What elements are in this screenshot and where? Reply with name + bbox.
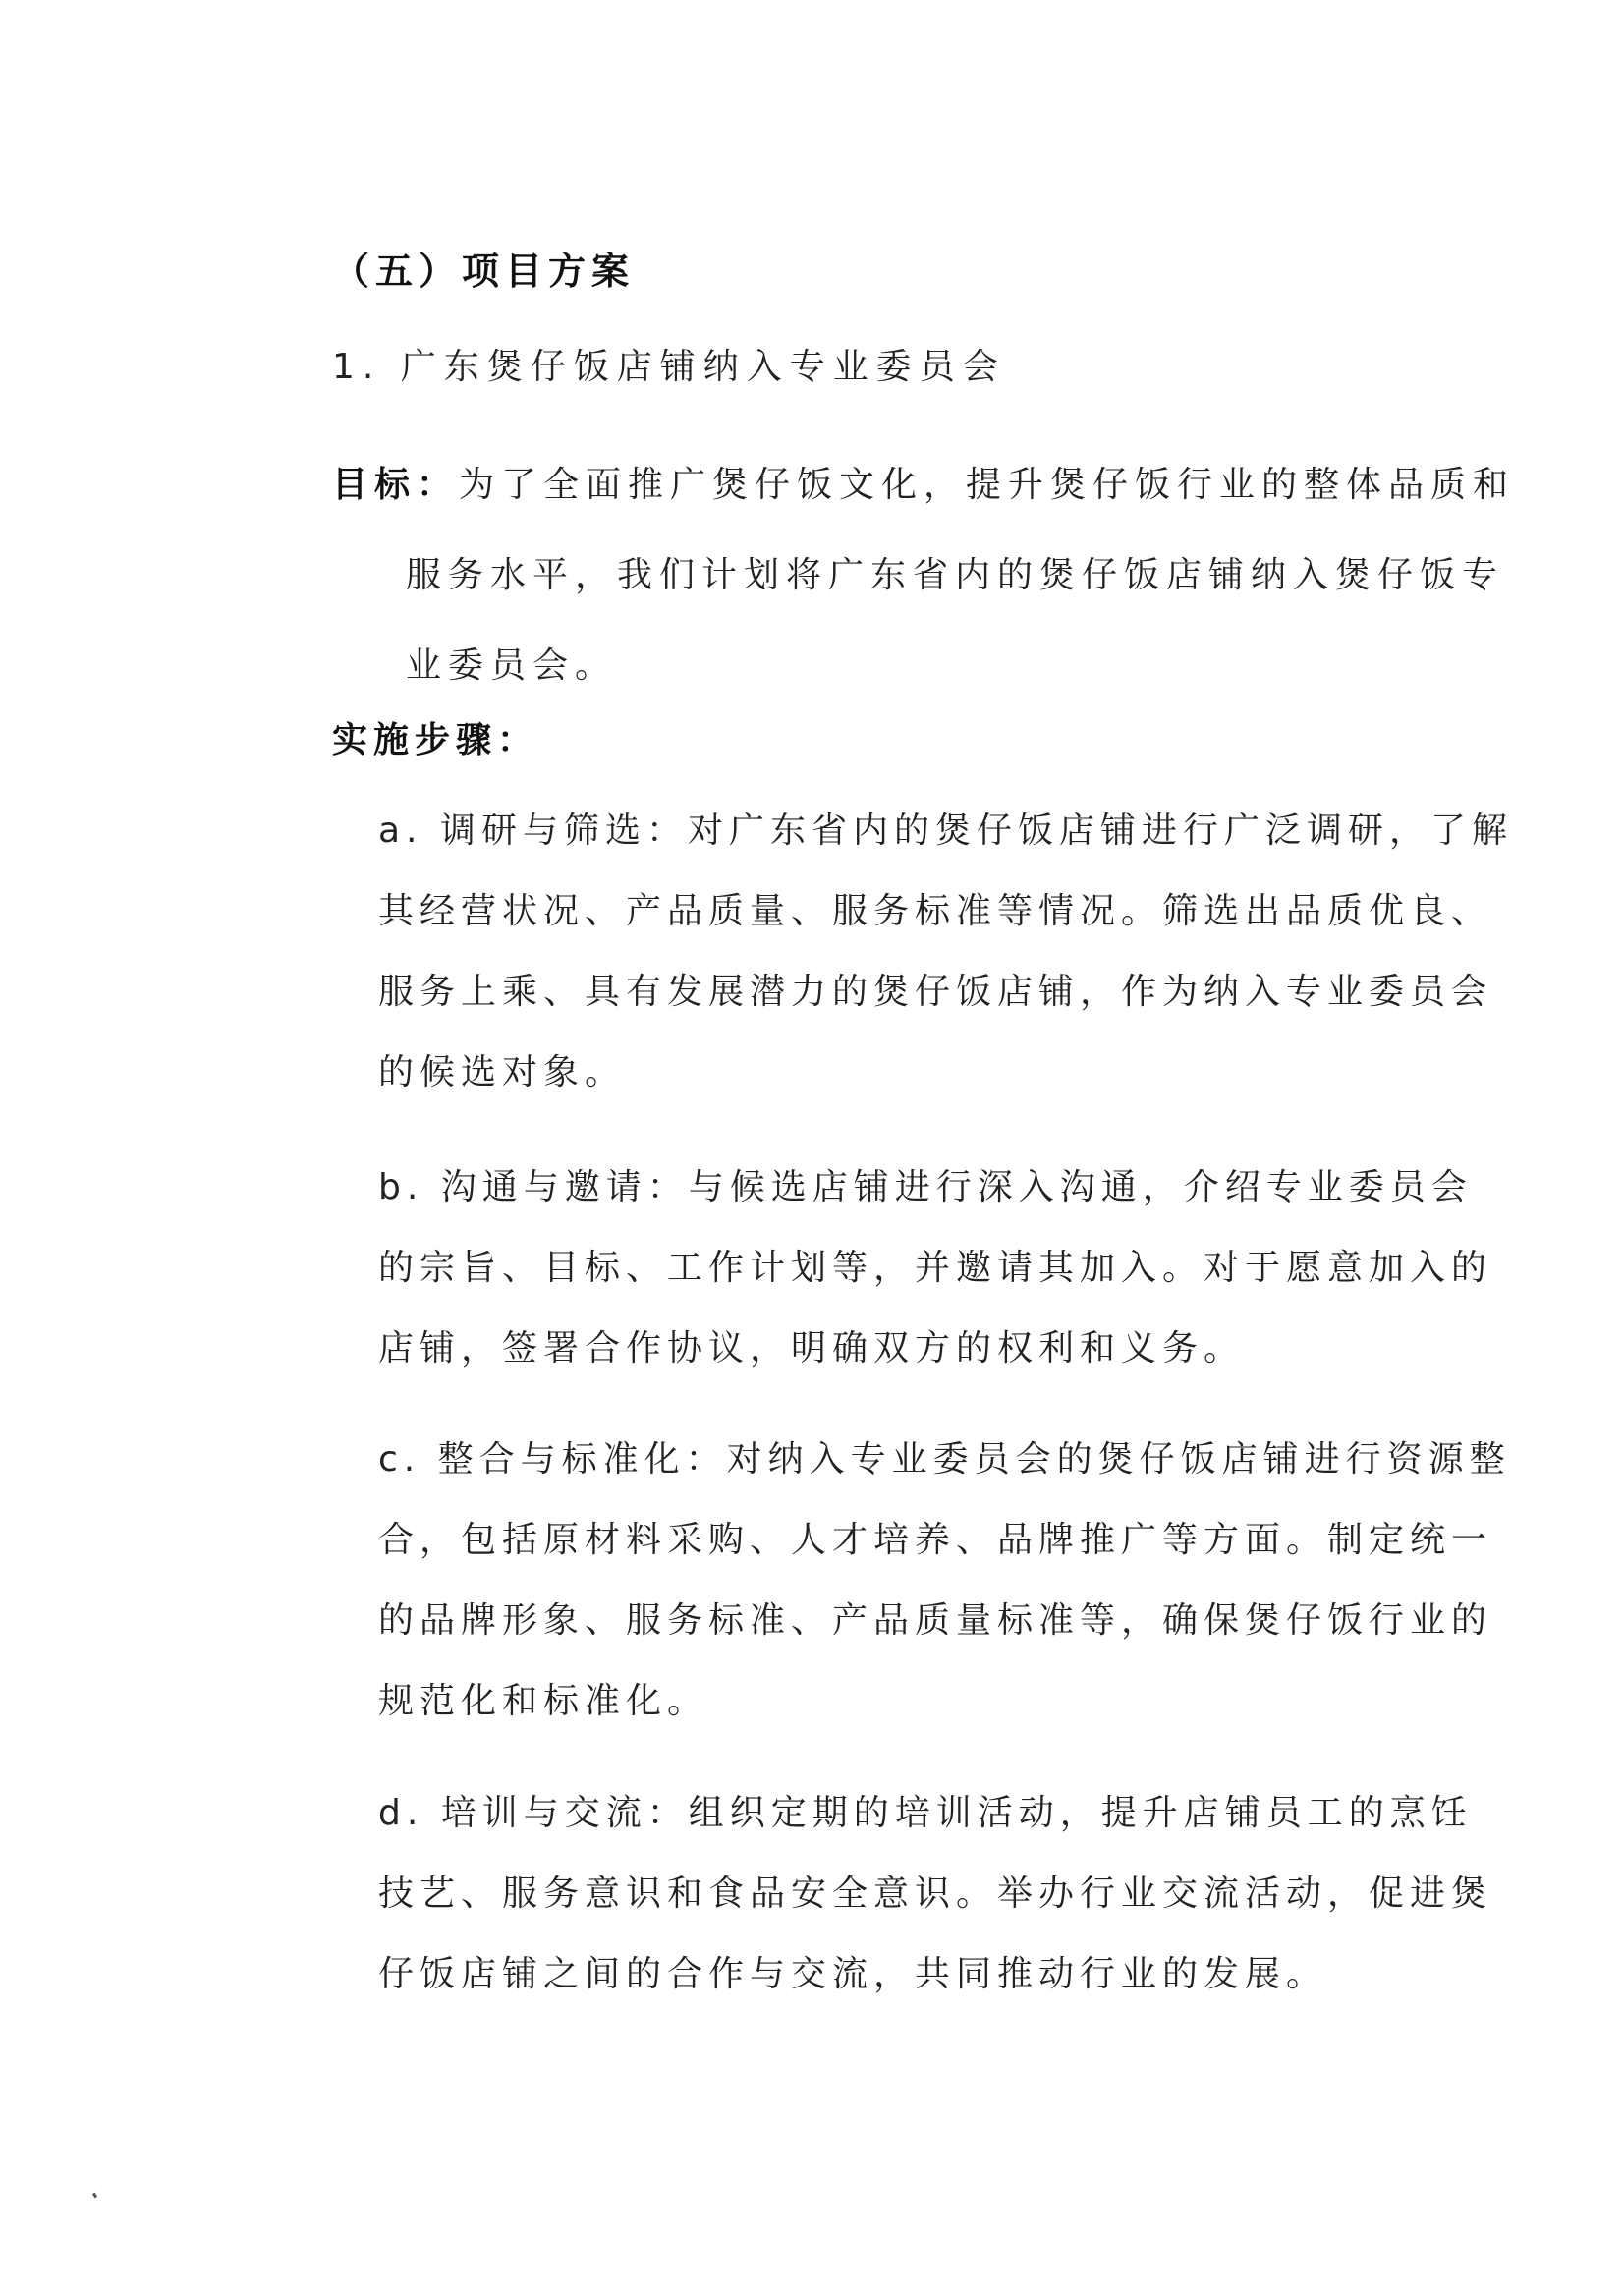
goal-paragraph: 目标：为了全面推广煲仔饭文化，提升煲仔饭行业的整体品质和 服务水平，我们计划将广… — [332, 440, 1393, 711]
goal-line-3: 业委员会。 — [332, 621, 1393, 711]
step-line: a. 调研与筛选：对广东省内的煲仔饭店铺进行广泛调研，了解 — [378, 791, 1410, 871]
item-heading: 1. 广东煲仔饭店铺纳入专业委员会 — [332, 339, 1006, 389]
step-line: 规范化和标准化。 — [378, 1661, 1410, 1742]
steps-heading: 实施步骤： — [332, 712, 538, 762]
step-d-paragraph: d. 培训与交流：组织定期的培训活动，提升店铺员工的烹饪 技艺、服务意识和食品安… — [378, 1773, 1410, 2015]
step-line: b. 沟通与邀请：与候选店铺进行深入沟通，介绍专业委员会 — [378, 1147, 1410, 1228]
document-page: （五）项目方案 1. 广东煲仔饭店铺纳入专业委员会 目标：为了全面推广煲仔饭文化… — [0, 0, 1624, 2295]
goal-line-2: 服务水平，我们计划将广东省内的煲仔饭店铺纳入煲仔饭专 — [332, 531, 1393, 621]
step-line: 其经营状况、产品质量、服务标准等情况。筛选出品质优良、 — [378, 871, 1410, 952]
step-line: 的宗旨、目标、工作计划等，并邀请其加入。对于愿意加入的 — [378, 1228, 1410, 1309]
step-b-paragraph: b. 沟通与邀请：与候选店铺进行深入沟通，介绍专业委员会 的宗旨、目标、工作计划… — [378, 1147, 1410, 1389]
step-line: d. 培训与交流：组织定期的培训活动，提升店铺员工的烹饪 — [378, 1773, 1410, 1854]
section-heading: （五）项目方案 — [332, 241, 635, 295]
step-line: 的品牌形象、服务标准、产品质量标准等，确保煲仔饭行业的 — [378, 1581, 1410, 1661]
goal-label: 目标： — [332, 465, 459, 505]
step-a-paragraph: a. 调研与筛选：对广东省内的煲仔饭店铺进行广泛调研，了解 其经营状况、产品质量… — [378, 791, 1410, 1113]
scan-speck — [92, 2193, 97, 2199]
step-line: 合，包括原材料采购、人才培养、品牌推广等方面。制定统一 — [378, 1500, 1410, 1581]
step-line: 服务上乘、具有发展潜力的煲仔饭店铺，作为纳入专业委员会 — [378, 952, 1410, 1033]
step-line: c. 整合与标准化：对纳入专业委员会的煲仔饭店铺进行资源整 — [378, 1420, 1410, 1500]
step-line: 的候选对象。 — [378, 1033, 1410, 1113]
goal-line-1: 目标：为了全面推广煲仔饭文化，提升煲仔饭行业的整体品质和 — [332, 440, 1393, 531]
step-line: 技艺、服务意识和食品安全意识。举办行业交流活动，促进煲 — [378, 1854, 1410, 1934]
step-line: 仔饭店铺之间的合作与交流，共同推动行业的发展。 — [378, 1934, 1410, 2015]
goal-text: 为了全面推广煲仔饭文化，提升煲仔饭行业的整体品质和 — [459, 465, 1515, 505]
step-line: 店铺，签署合作协议，明确双方的权利和义务。 — [378, 1309, 1410, 1389]
step-c-paragraph: c. 整合与标准化：对纳入专业委员会的煲仔饭店铺进行资源整 合，包括原材料采购、… — [378, 1420, 1410, 1742]
